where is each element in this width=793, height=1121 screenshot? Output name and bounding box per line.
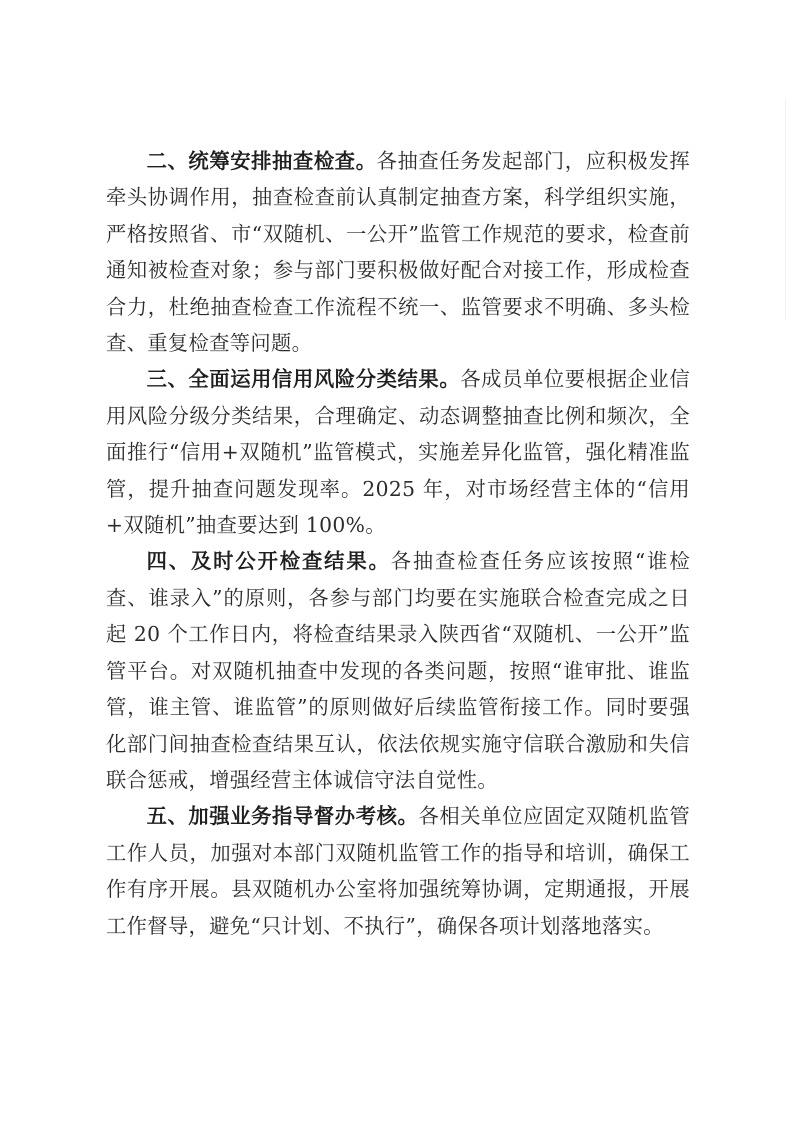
paragraph-heading: 五、加强业务指导督办考核。 xyxy=(147,804,419,828)
paragraph-5-guidance-supervision: 五、加强业务指导督办考核。各相关单位应固定双随机监管工作人员，加强对本部门双随机… xyxy=(106,798,690,944)
scan-edge-line xyxy=(785,100,786,320)
paragraph-text: 各成员单位要根据企业信用风险分级分类结果，合理确定、动态调整抽查比例和频次，全面… xyxy=(106,367,690,537)
paragraph-3-credit-risk: 三、全面运用信用风险分类结果。各成员单位要根据企业信用风险分级分类结果，合理确定… xyxy=(106,361,690,543)
paragraph-heading: 四、及时公开检查结果。 xyxy=(147,549,391,573)
paragraph-heading: 三、全面运用信用风险分类结果。 xyxy=(147,367,461,391)
paragraph-2-coordinate-inspections: 二、统筹安排抽查检查。各抽查任务发起部门，应积极发挥牵头协调作用，抽查检查前认真… xyxy=(106,143,690,361)
paragraph-text: 各抽查任务发起部门，应积极发挥牵头协调作用，抽查检查前认真制定抽查方案，科学组织… xyxy=(106,149,690,355)
paragraph-heading: 二、统筹安排抽查检查。 xyxy=(147,149,377,173)
document-page: 二、统筹安排抽查检查。各抽查任务发起部门，应积极发挥牵头协调作用，抽查检查前认真… xyxy=(0,0,793,1121)
paragraph-4-publish-results: 四、及时公开检查结果。各抽查检查任务应该按照“谁检查、谁录入”的原则，各参与部门… xyxy=(106,543,690,798)
document-body: 二、统筹安排抽查检查。各抽查任务发起部门，应积极发挥牵头协调作用，抽查检查前认真… xyxy=(106,143,690,944)
paragraph-text: 各抽查检查任务应该按照“谁检查、谁录入”的原则，各参与部门均要在实施联合检查完成… xyxy=(106,549,690,791)
